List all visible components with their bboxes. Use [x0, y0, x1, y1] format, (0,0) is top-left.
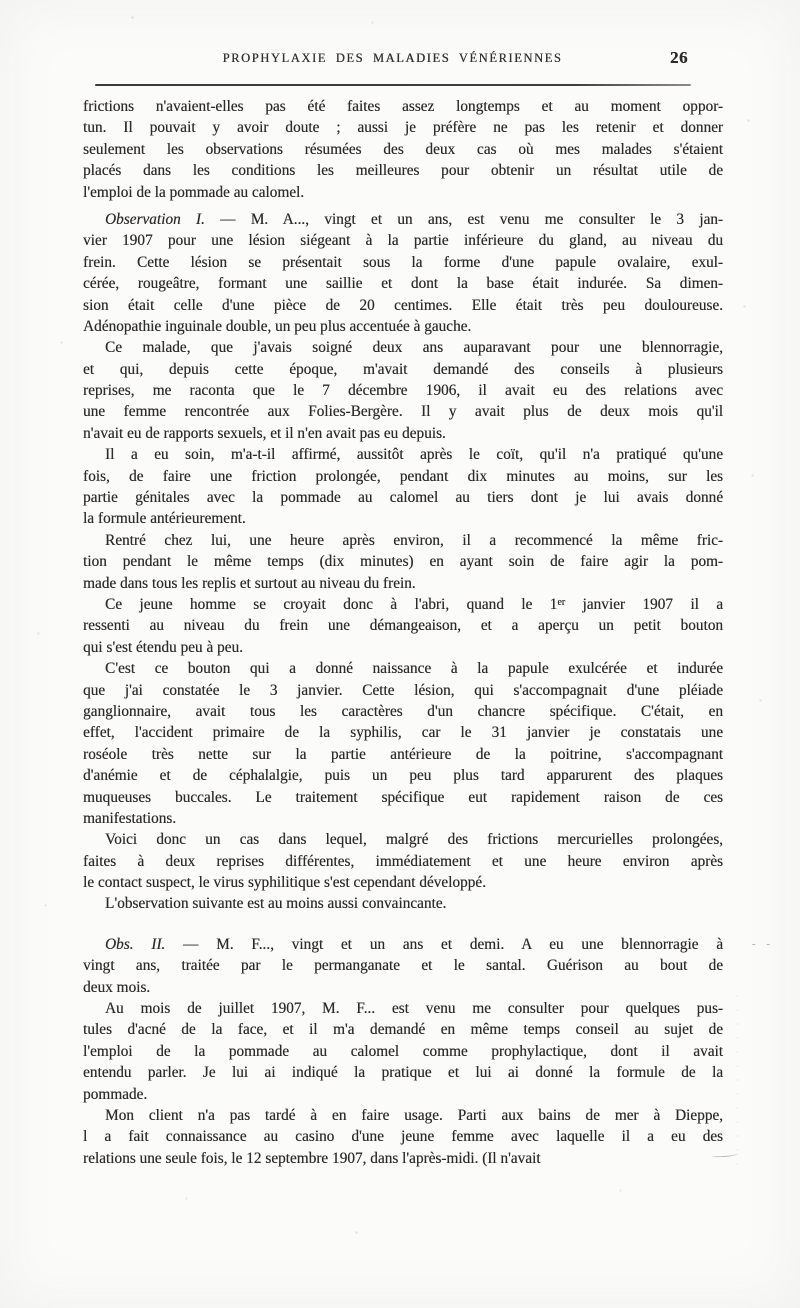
- margin-speck-trail: [737, 995, 738, 1170]
- running-title: PROPHYLAXIE DES MALADIES VÉNÉRIENNES: [95, 51, 690, 66]
- text-line: Obs. II. — M. F..., vingt et un ans et d…: [83, 934, 723, 955]
- text-line: et qui, depuis cette époque, m'avait dem…: [83, 359, 723, 380]
- text-line: Adénopathie inguinale double, un peu plu…: [83, 316, 723, 337]
- text-line: made dans tous les replis et surtout au …: [83, 573, 723, 594]
- header-rule: [95, 84, 691, 86]
- observation-lead: Observation I.: [105, 211, 205, 228]
- text-line: reprises, me raconta que le 7 décembre 1…: [83, 380, 723, 401]
- margin-dash-artifact: - -: [752, 938, 774, 950]
- text-line: roséole très nette sur la partie antérie…: [83, 744, 723, 765]
- text-line: tion pendant le même temps (dix minutes)…: [83, 551, 723, 572]
- text-line: pommade.: [83, 1084, 723, 1105]
- paragraph: Observation I. — M. A..., vingt et un an…: [83, 209, 723, 337]
- text-line: l'emploi de la pommade au calomel comme …: [83, 1041, 723, 1062]
- text-line: vier 1907 pour une lésion siégeant à la …: [83, 230, 723, 251]
- text-line: cérée, rougeâtre, formant une saillie et…: [83, 273, 723, 294]
- paragraph: C'est ce bouton qui a donné naissance à …: [83, 658, 723, 829]
- text-line: muqueuses buccales. Le traitement spécif…: [83, 787, 723, 808]
- text-line: frictions n'avaient-elles pas été faites…: [83, 96, 723, 117]
- text-line: Au mois de juillet 1907, M. F... est ven…: [83, 998, 723, 1019]
- text-line: partie génitales avec la pommade au calo…: [83, 487, 723, 508]
- text-line: ganglionnaire, avait tous les caractères…: [83, 701, 723, 722]
- text-line: le contact suspect, le virus syphilitiqu…: [83, 872, 723, 893]
- text-line: frein. Cette lésion se présentait sous l…: [83, 252, 723, 273]
- paragraph: L'observation suivante est au moins auss…: [83, 893, 723, 914]
- text-line: Ce malade, que j'avais soigné deux ans a…: [83, 337, 723, 358]
- paragraph: Il a eu soin, m'a-t-il affirmé, aussitôt…: [83, 444, 723, 530]
- text-line: L'observation suivante est au moins auss…: [83, 893, 723, 914]
- text-line: Ce jeune homme se croyait donc à l'abri,…: [83, 594, 723, 615]
- text-line: entendu parler. Je lui ai indiqué la pra…: [83, 1062, 723, 1083]
- text-line: n'avait eu de rapports sexuels, et il n'…: [83, 423, 723, 444]
- scan-speck-artifacts: [0, 0, 1, 1]
- text-line: vingt ans, traitée par le permanganate e…: [83, 955, 723, 976]
- observation-lead: Obs. II.: [105, 936, 165, 953]
- text-line: tun. Il pouvait y avoir doute ; aussi je…: [83, 117, 723, 138]
- text-line: tules d'acné de la face, et il m'a deman…: [83, 1019, 723, 1040]
- text-line: d'anémie et de céphalalgie, puis un peu …: [83, 765, 723, 786]
- text-line: Voici donc un cas dans lequel, malgré de…: [83, 829, 723, 850]
- scanned-book-page: PROPHYLAXIE DES MALADIES VÉNÉRIENNES 26 …: [0, 0, 800, 1308]
- text-line: la formule antérieurement.: [83, 508, 723, 529]
- paragraph: Mon client n'a pas tardé à en faire usag…: [83, 1105, 723, 1169]
- text-line: ressenti au niveau du frein une démangea…: [83, 615, 723, 636]
- text-line: seulement les observations résumées des …: [83, 139, 723, 160]
- paragraph: Rentré chez lui, une heure après environ…: [83, 530, 723, 594]
- text-line: Rentré chez lui, une heure après environ…: [83, 530, 723, 551]
- underline-squiggle-artifact: [712, 1151, 738, 1157]
- text-line: faites à deux reprises différentes, immé…: [83, 851, 723, 872]
- text-line: fois, de faire une friction prolongée, p…: [83, 466, 723, 487]
- text-line: deux mois.: [83, 977, 723, 998]
- text-line: que j'ai constatée le 3 janvier. Cette l…: [83, 680, 723, 701]
- text-line: C'est ce bouton qui a donné naissance à …: [83, 658, 723, 679]
- text-line: qui s'est étendu peu à peu.: [83, 637, 723, 658]
- text-line: une femme rencontrée aux Folies-Bergère.…: [83, 401, 723, 422]
- text-line: effet, l'accident primaire de la syphili…: [83, 722, 723, 743]
- text-line: manifestations.: [83, 808, 723, 829]
- text-line: placés dans les conditions les meilleure…: [83, 160, 723, 181]
- text-line: l a fait connaissance au casino d'une je…: [83, 1126, 723, 1147]
- text-line: l'emploi de la pommade au calomel.: [83, 182, 723, 203]
- paragraph: frictions n'avaient-elles pas été faites…: [83, 96, 723, 203]
- page-number: 26: [670, 48, 688, 68]
- text-line: Observation I. — M. A..., vingt et un an…: [83, 209, 723, 230]
- paragraph: Obs. II. — M. F..., vingt et un ans et d…: [83, 934, 723, 998]
- paragraph: Au mois de juillet 1907, M. F... est ven…: [83, 998, 723, 1105]
- text-line: sion était celle d'une pièce de 20 centi…: [83, 295, 723, 316]
- text-line: Mon client n'a pas tardé à en faire usag…: [83, 1105, 723, 1126]
- paragraph: Ce malade, que j'avais soigné deux ans a…: [83, 337, 723, 444]
- page-body: frictions n'avaient-elles pas été faites…: [83, 96, 723, 1169]
- paragraph: Voici donc un cas dans lequel, malgré de…: [83, 829, 723, 893]
- text-line: Il a eu soin, m'a-t-il affirmé, aussitôt…: [83, 444, 723, 465]
- text-line: relations une seule fois, le 12 septembr…: [83, 1148, 723, 1169]
- paragraph: Ce jeune homme se croyait donc à l'abri,…: [83, 594, 723, 658]
